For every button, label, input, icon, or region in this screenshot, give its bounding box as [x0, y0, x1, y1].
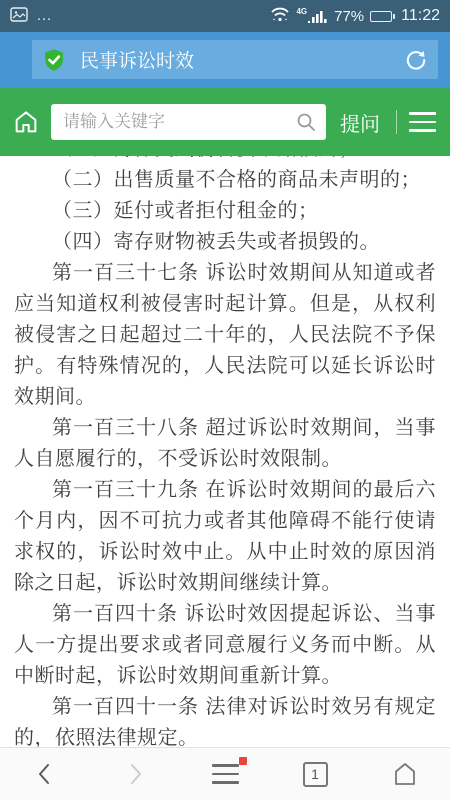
refresh-icon[interactable]: [404, 48, 428, 72]
toolbar-divider: [396, 110, 397, 134]
notification-dot: [239, 757, 247, 765]
law-article-140: 第一百四十条 诉讼时效因提起诉讼、当事人一方提出要求或者同意履行义务而中断。从中…: [14, 599, 436, 692]
forward-button[interactable]: [90, 762, 180, 786]
status-bar: … 4G: [0, 0, 450, 32]
wifi-icon: [270, 6, 290, 26]
law-article-139: 第一百三十九条 在诉讼时效期间的最后六个月内，因不可抗力或者其他障碍不能行使请求…: [14, 475, 436, 599]
law-clause: （三）延付或者拒付租金的；: [14, 196, 436, 227]
site-toolbar: 提问: [0, 88, 450, 156]
search-box[interactable]: [51, 104, 326, 140]
menu-button[interactable]: [180, 764, 270, 784]
law-article-141: 第一百四十一条 法律对诉讼时效另有规定的，依照法律规定。: [14, 692, 436, 747]
more-dots-icon: …: [36, 11, 53, 21]
article-content[interactable]: （一）身体受到伤害要求赔偿的； （二）出售质量不合格的商品未声明的； （三）延付…: [0, 156, 450, 747]
battery-icon: [370, 11, 395, 22]
law-article-137: 第一百三十七条 诉讼时效期间从知道或者应当知道权利被侵害时起计算。但是，从权利被…: [14, 258, 436, 413]
law-clause: （四）寄存财物被丢失或者损毁的。: [14, 227, 436, 258]
law-clause: （二）出售质量不合格的商品未声明的；: [14, 165, 436, 196]
menu-icon: [212, 764, 239, 784]
phone-screen: … 4G: [0, 0, 450, 800]
home-button[interactable]: [360, 761, 450, 787]
law-clause: （一）身体受到伤害要求赔偿的；: [14, 156, 436, 165]
ask-question-button[interactable]: 提问: [338, 104, 382, 141]
clock-label: 11:22: [401, 7, 440, 25]
browser-bottom-bar: 1: [0, 747, 450, 800]
back-button[interactable]: [0, 762, 90, 786]
home-icon[interactable]: [12, 108, 40, 136]
law-article-138: 第一百三十八条 超过诉讼时效期间，当事人自愿履行的，不受诉讼时效限制。: [14, 413, 436, 475]
screenshot-image-icon: [10, 7, 28, 26]
page-title: 民事诉讼时效: [80, 46, 194, 73]
menu-icon[interactable]: [409, 112, 436, 132]
secure-shield-check-icon: [42, 48, 66, 72]
battery-percent-label: 77%: [334, 8, 364, 25]
tab-count-box: 1: [303, 762, 328, 787]
signal-bars-icon: 4G: [296, 8, 328, 24]
search-icon[interactable]: [296, 112, 316, 132]
search-input[interactable]: [51, 104, 326, 140]
network-type-label: 4G: [296, 7, 307, 16]
tabs-button[interactable]: 1: [270, 762, 360, 787]
browser-header: 民事诉讼时效: [0, 32, 450, 88]
address-bar[interactable]: 民事诉讼时效: [32, 40, 438, 79]
